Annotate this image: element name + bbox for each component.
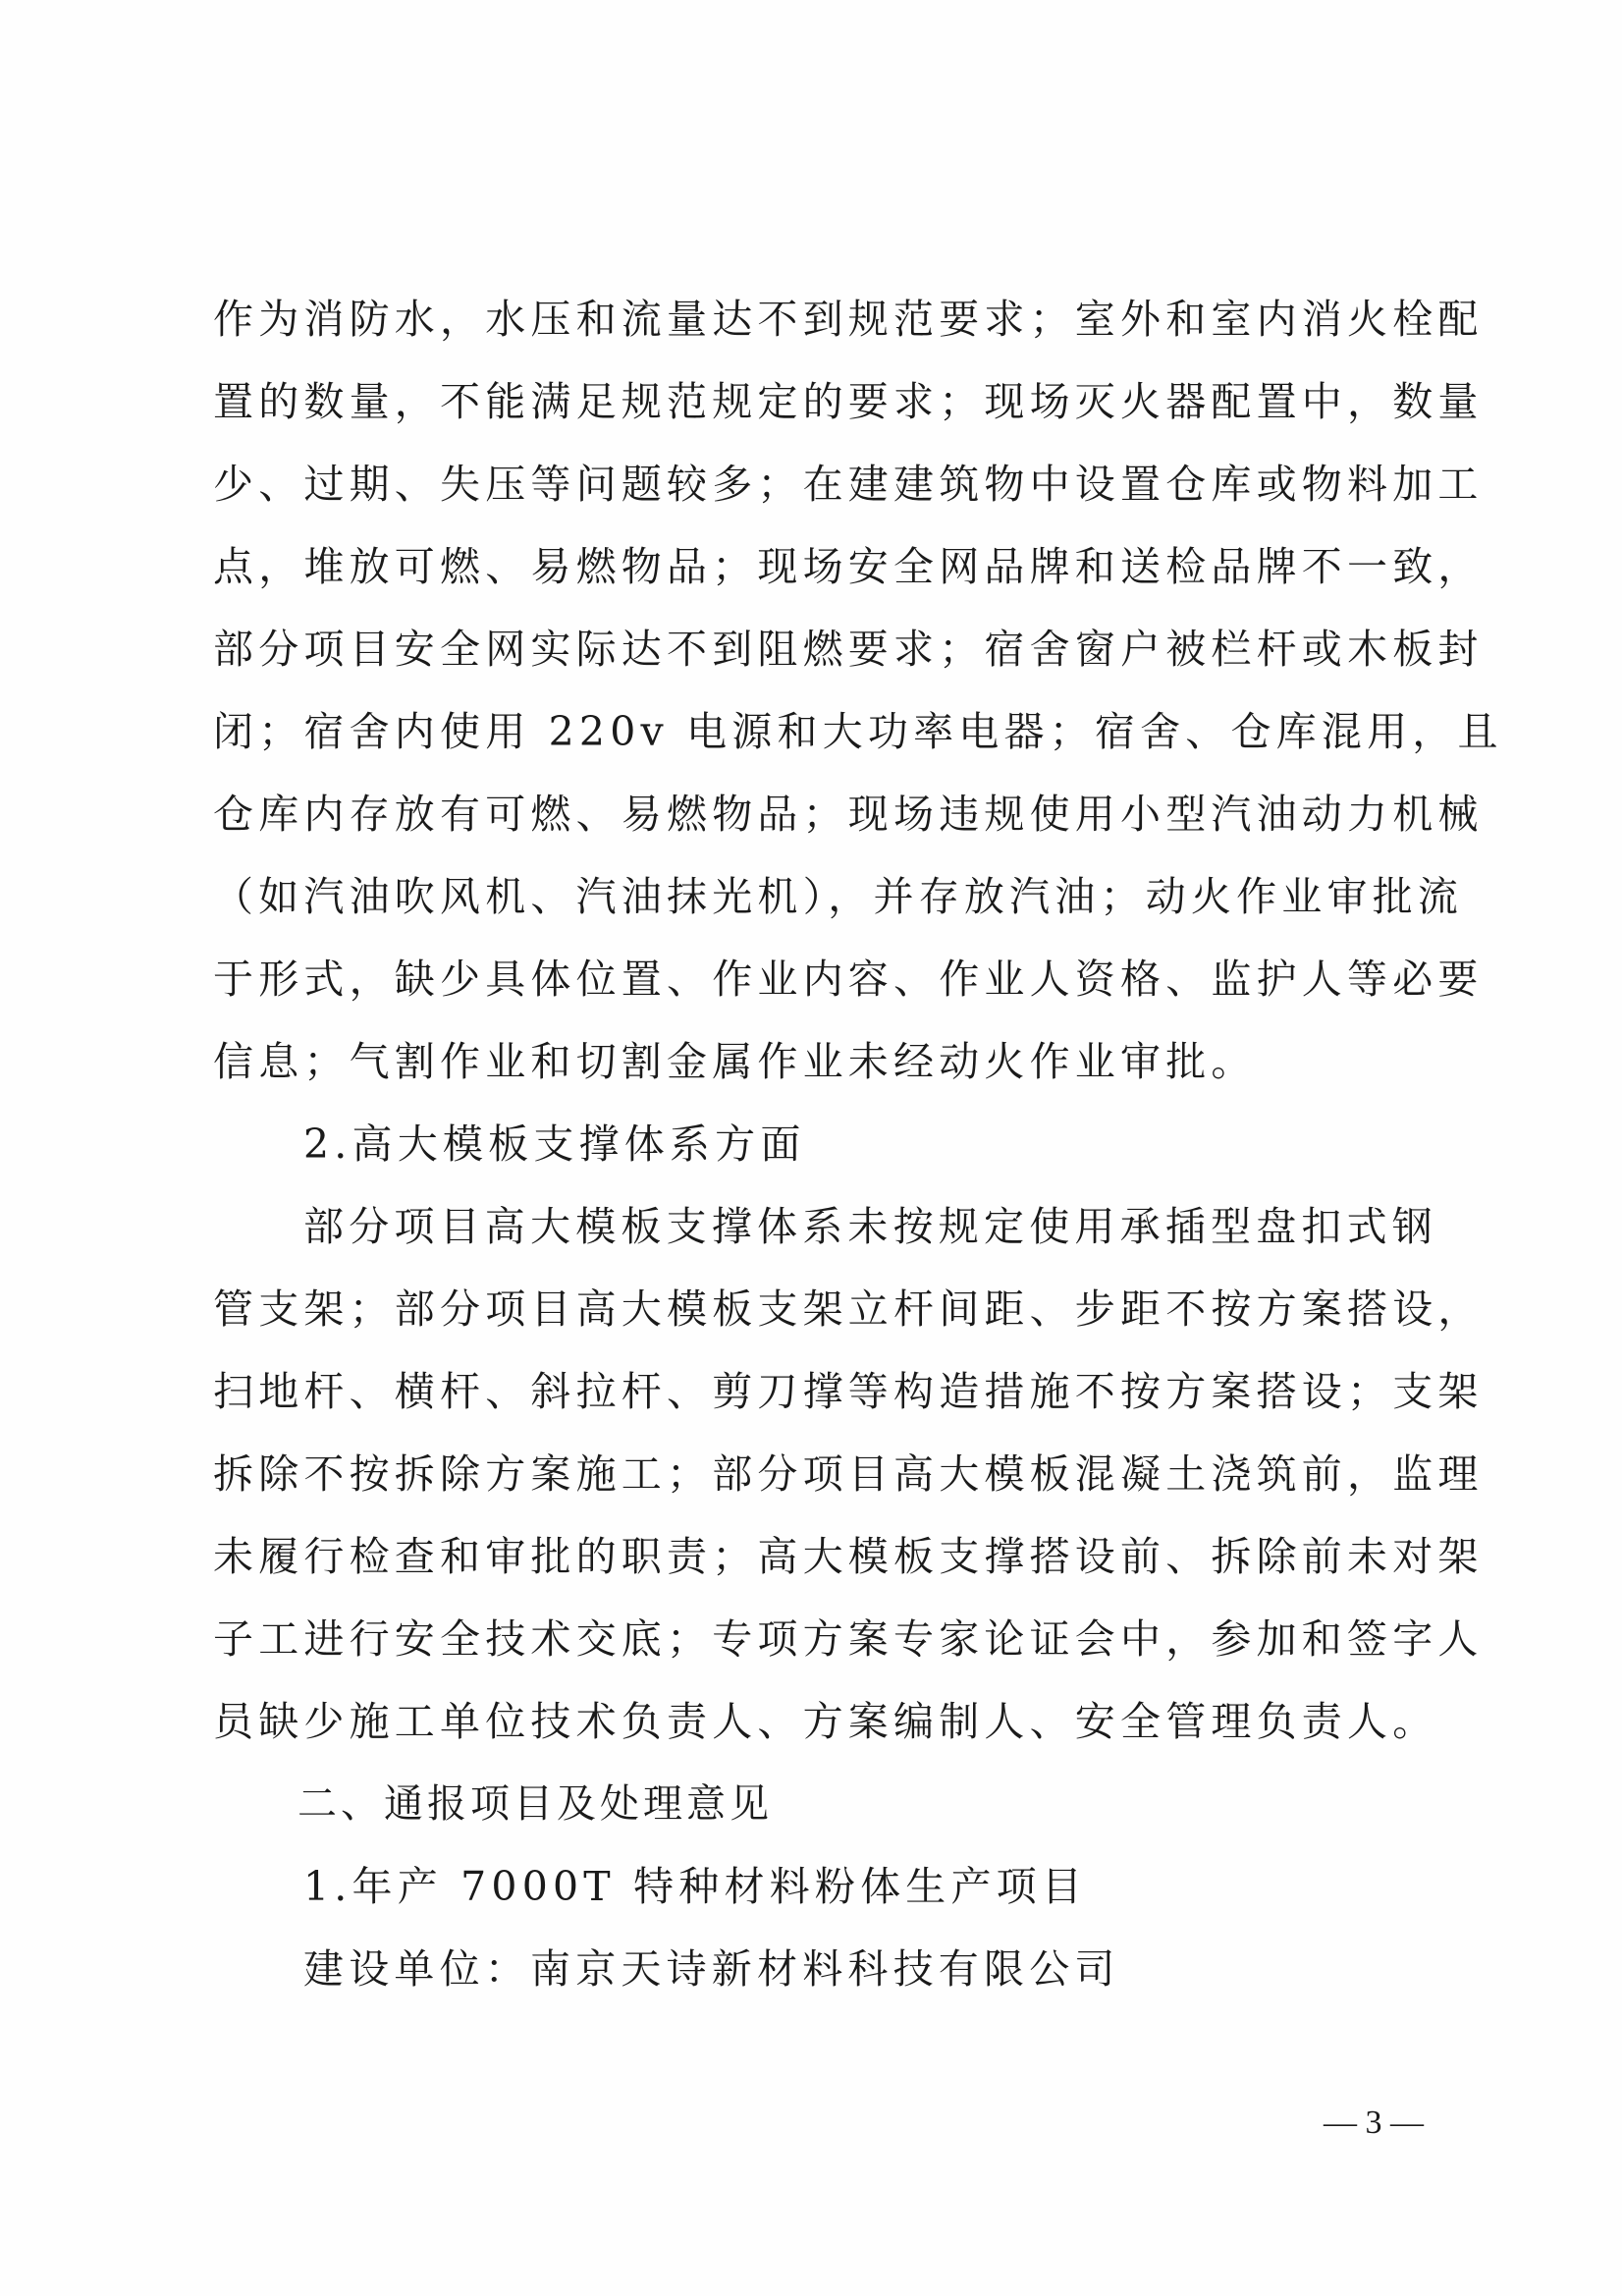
paragraph-line: 部分项目安全网实际达不到阻燃要求；宿舍窗户被栏杆或木板封	[213, 608, 1423, 690]
paragraph-line: 置的数量，不能满足规范规定的要求；现场灭火器配置中，数量	[213, 360, 1423, 443]
project-title: 1.年产 7000T 特种材料粉体生产项目	[213, 1845, 1423, 1928]
document-page: 作为消防水，水压和流量达不到规范要求；室外和室内消火栓配 置的数量，不能满足规范…	[0, 0, 1622, 2296]
paragraph-line: 部分项目高大模板支撑体系未按规定使用承插型盘扣式钢	[213, 1185, 1423, 1268]
section-reported-projects: 二、通报项目及处理意见 1.年产 7000T 特种材料粉体生产项目 建设单位：南…	[213, 1763, 1423, 2010]
construction-unit: 建设单位：南京天诗新材料科技有限公司	[213, 1928, 1423, 2010]
paragraph-line: 信息；气割作业和切割金属作业未经动火作业审批。	[213, 1020, 1423, 1103]
paragraph-line: 仓库内存放有可燃、易燃物品；现场违规使用小型汽油动力机械	[213, 773, 1423, 855]
paragraph-line: 作为消防水，水压和流量达不到规范要求；室外和室内消火栓配	[213, 278, 1423, 360]
subsection-formwork-support: 2.高大模板支撑体系方面 部分项目高大模板支撑体系未按规定使用承插型盘扣式钢 管…	[213, 1103, 1423, 1763]
paragraph-line: （如汽油吹风机、汽油抹光机），并存放汽油；动火作业审批流	[213, 855, 1423, 938]
paragraph-line: 子工进行安全技术交底；专项方案专家论证会中，参加和签字人	[213, 1598, 1423, 1680]
paragraph-line: 未履行检查和审批的职责；高大模板支撑搭设前、拆除前未对架	[213, 1515, 1423, 1598]
page-number: — 3 —	[1276, 2102, 1424, 2145]
paragraph-line: 管支架；部分项目高大模板支架立杆间距、步距不按方案搭设，	[213, 1268, 1423, 1350]
paragraph-line: 扫地杆、横杆、斜拉杆、剪刀撑等构造措施不按方案搭设；支架	[213, 1350, 1423, 1433]
paragraph-line: 拆除不按拆除方案施工；部分项目高大模板混凝土浇筑前，监理	[213, 1433, 1423, 1515]
paragraph-line: 少、过期、失压等问题较多；在建建筑物中设置仓库或物料加工	[213, 443, 1423, 525]
document-body: 作为消防水，水压和流量达不到规范要求；室外和室内消火栓配 置的数量，不能满足规范…	[213, 278, 1423, 2010]
paragraph-line: 闭；宿舍内使用 220v 电源和大功率电器；宿舍、仓库混用，且	[213, 690, 1423, 773]
subsection-title: 2.高大模板支撑体系方面	[213, 1103, 1423, 1185]
section-heading: 二、通报项目及处理意见	[213, 1763, 1423, 1845]
paragraph-line: 于形式，缺少具体位置、作业内容、作业人资格、监护人等必要	[213, 938, 1423, 1020]
paragraph-line: 员缺少施工单位技术负责人、方案编制人、安全管理负责人。	[213, 1680, 1423, 1763]
paragraph-fire-safety: 作为消防水，水压和流量达不到规范要求；室外和室内消火栓配 置的数量，不能满足规范…	[213, 278, 1423, 1103]
paragraph-line: 点，堆放可燃、易燃物品；现场安全网品牌和送检品牌不一致，	[213, 525, 1423, 608]
